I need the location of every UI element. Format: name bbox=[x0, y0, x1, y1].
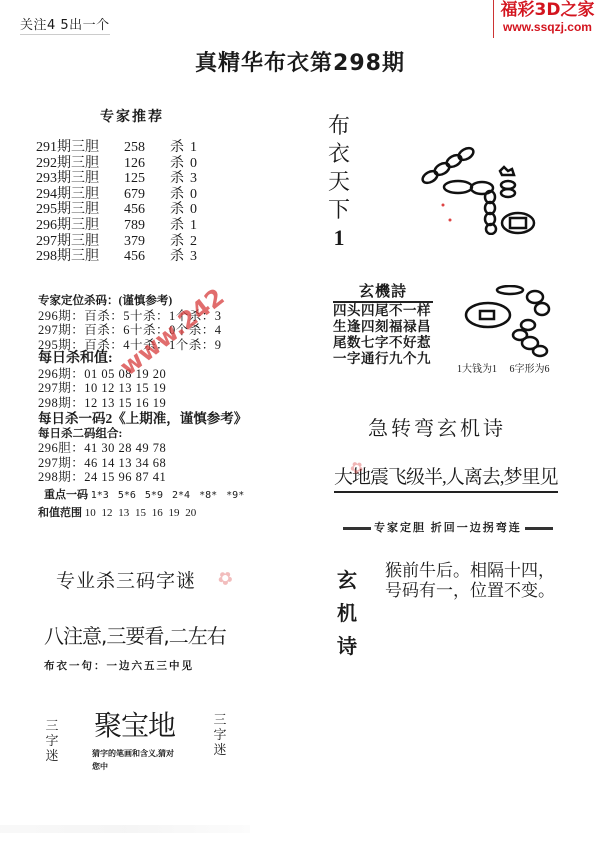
faint-footer-strip bbox=[0, 825, 250, 833]
site-logo[interactable]: 福彩3D之家 www.ssqzj.com bbox=[493, 0, 600, 38]
list-item: 297期三胆379杀2 bbox=[36, 234, 197, 250]
sum-range-label: 和值范围 bbox=[38, 507, 82, 519]
list-item: 297期：10 12 13 15 19 bbox=[38, 381, 247, 396]
char: 字 bbox=[212, 727, 228, 742]
divider bbox=[525, 527, 553, 530]
kill-label: 杀 bbox=[170, 156, 190, 172]
kill-value: 0 bbox=[190, 202, 197, 218]
list-item: 298期：24 15 96 87 41 bbox=[38, 470, 247, 485]
daily-kill-one-heading: 每日杀一码2《上期准，谨慎参考》 bbox=[38, 412, 247, 427]
xuanji-poem-box: 玄機詩 四头四尾不一样 生逢四刻福禄昌 尾数七字不好惹 一字通行九个九 bbox=[333, 280, 433, 367]
xuanji-poem-title: 玄機詩 bbox=[333, 280, 433, 303]
list-item: 296期三胆789杀1 bbox=[36, 218, 197, 234]
sharp-turn-title: 急转弯玄机诗 bbox=[368, 412, 506, 441]
kill-label: 杀 bbox=[170, 140, 190, 156]
period: 295期三胆 bbox=[36, 202, 124, 218]
char: 衣 bbox=[326, 140, 352, 168]
kill-label: 杀 bbox=[170, 218, 190, 234]
treasure-caption: 猜字的笔画和含义,猜对您中 bbox=[92, 747, 177, 773]
kill-label: 杀 bbox=[170, 187, 190, 203]
page-title: 真精华布衣第298期 bbox=[0, 46, 600, 77]
watermark: ✿ bbox=[213, 566, 238, 592]
numbers: 379 bbox=[124, 234, 170, 250]
numbers: 456 bbox=[124, 202, 170, 218]
coin-shape-illustration bbox=[460, 285, 570, 360]
expert-recommend-heading: 专家推荐 bbox=[100, 106, 164, 126]
key-code-row: 重点一码 1*3 5*6 5*9 2*4 *8* *9* bbox=[38, 488, 247, 504]
char: 诗 bbox=[336, 631, 358, 664]
xuanji-shi-vertical: 玄 机 诗 bbox=[336, 565, 358, 664]
buyi-tianxia-vertical: 布 衣 天 下 1 bbox=[326, 112, 352, 252]
char: 天 bbox=[326, 168, 352, 196]
period: 297期三胆 bbox=[36, 234, 124, 250]
sharp-turn-line: 大地震飞级半,人离去,梦里见 bbox=[334, 462, 558, 493]
kill-value: 3 bbox=[190, 171, 197, 187]
char: 玄 bbox=[336, 565, 358, 598]
key-code-label: 重点一码 bbox=[44, 489, 88, 501]
kill-label: 杀 bbox=[170, 249, 190, 265]
poem-line: 四头四尾不一样 bbox=[333, 303, 433, 319]
char: 字 bbox=[44, 733, 60, 748]
char: 布 bbox=[326, 112, 352, 140]
kill-label: 杀 bbox=[170, 202, 190, 218]
list-item: 296胆：41 30 28 49 78 bbox=[38, 441, 247, 456]
kill-value: 0 bbox=[190, 156, 197, 172]
char: 迷 bbox=[212, 742, 228, 757]
list-item: 294期三胆679杀0 bbox=[36, 187, 197, 203]
list-item: 297期：百杀：6十杀：0个杀：4 bbox=[38, 323, 247, 338]
kill-value: 3 bbox=[190, 249, 197, 265]
kill-three-line: 八注意,三要看,二左右 bbox=[44, 620, 226, 649]
treasure-title: 聚宝地 bbox=[94, 704, 175, 744]
list-item: 292期三胆126杀0 bbox=[36, 156, 197, 172]
poem-line: 生逢四刻福禄昌 bbox=[333, 319, 433, 335]
period: 294期三胆 bbox=[36, 187, 124, 203]
numbers: 789 bbox=[124, 218, 170, 234]
char: 下 bbox=[326, 196, 352, 224]
numbers: 456 bbox=[124, 249, 170, 265]
list-item: 298期三胆456杀3 bbox=[36, 249, 197, 265]
logo-url: www.ssqzj.com bbox=[494, 20, 600, 34]
period: 291期三胆 bbox=[36, 140, 124, 156]
list-item: 297期：46 14 13 34 68 bbox=[38, 456, 247, 471]
poem-line: 一字通行九个九 bbox=[333, 351, 433, 367]
numbers: 679 bbox=[124, 187, 170, 203]
list-item: 291期三胆258杀1 bbox=[36, 140, 197, 156]
numbers: 125 bbox=[124, 171, 170, 187]
expert-note: 专家定胆 折回一边拐弯连 bbox=[374, 522, 522, 534]
list-item: 293期三胆125杀3 bbox=[36, 171, 197, 187]
char: 三 bbox=[212, 712, 228, 727]
list-item: 298期：12 13 15 16 19 bbox=[38, 396, 247, 411]
numbers: 258 bbox=[124, 140, 170, 156]
sum-range-row: 和值范围 10 12 13 15 16 19 20 bbox=[38, 506, 247, 521]
expert-position-kill: 专家定位杀码：(谨慎参考) 296期：百杀：5十杀：1个杀：3 297期：百杀：… bbox=[38, 294, 247, 521]
kill-three-note: 布衣一句：一边六五三中见 bbox=[44, 658, 194, 673]
poem-line: 猴前牛后。相隔十四， bbox=[385, 561, 555, 581]
xuanji-shi-poem: 猴前牛后。相隔十四， 号码有一，位置不变。 bbox=[385, 561, 555, 601]
divider bbox=[343, 527, 371, 530]
kill-value: 2 bbox=[190, 234, 197, 250]
daily-kill-two-heading: 每日杀二码组合: bbox=[38, 427, 247, 442]
logo-name: 福彩3D之家 bbox=[494, 0, 600, 20]
expert-recommend-list: 291期三胆258杀1 292期三胆126杀0 293期三胆125杀3 294期… bbox=[36, 140, 197, 265]
poem-line: 尾数七字不好惹 bbox=[333, 335, 433, 351]
riddle-label-right: 三 字 迷 bbox=[212, 712, 228, 757]
kill-value: 1 bbox=[190, 140, 197, 156]
coin-puzzle-illustration bbox=[420, 145, 560, 235]
list-item: 295期三胆456杀0 bbox=[36, 202, 197, 218]
riddle-label-left: 三 字 迷 bbox=[44, 718, 60, 763]
period: 293期三胆 bbox=[36, 171, 124, 187]
expert-note-row: 专家定胆 折回一边拐弯连 bbox=[340, 519, 556, 535]
kill-value: 1 bbox=[190, 218, 197, 234]
char: 三 bbox=[44, 718, 60, 733]
period: 298期三胆 bbox=[36, 249, 124, 265]
char: 迷 bbox=[44, 748, 60, 763]
kill-label: 杀 bbox=[170, 171, 190, 187]
period: 292期三胆 bbox=[36, 156, 124, 172]
kill-label: 杀 bbox=[170, 234, 190, 250]
poem-line: 号码有一，位置不变。 bbox=[385, 581, 555, 601]
key-code-values: 1*3 5*6 5*9 2*4 *8* *9* bbox=[91, 490, 244, 501]
sum-range-values: 10 12 13 15 16 19 20 bbox=[85, 507, 197, 519]
numbers: 126 bbox=[124, 156, 170, 172]
period: 296期三胆 bbox=[36, 218, 124, 234]
top-note: 关注4 5出一个 bbox=[20, 14, 110, 35]
kill-three-title: 专业杀三码字谜 bbox=[56, 566, 196, 593]
coin-caption: 1大钱为1 6字形为6 bbox=[457, 360, 550, 375]
kill-value: 0 bbox=[190, 187, 197, 203]
char: 机 bbox=[336, 598, 358, 631]
char: 1 bbox=[326, 224, 352, 252]
